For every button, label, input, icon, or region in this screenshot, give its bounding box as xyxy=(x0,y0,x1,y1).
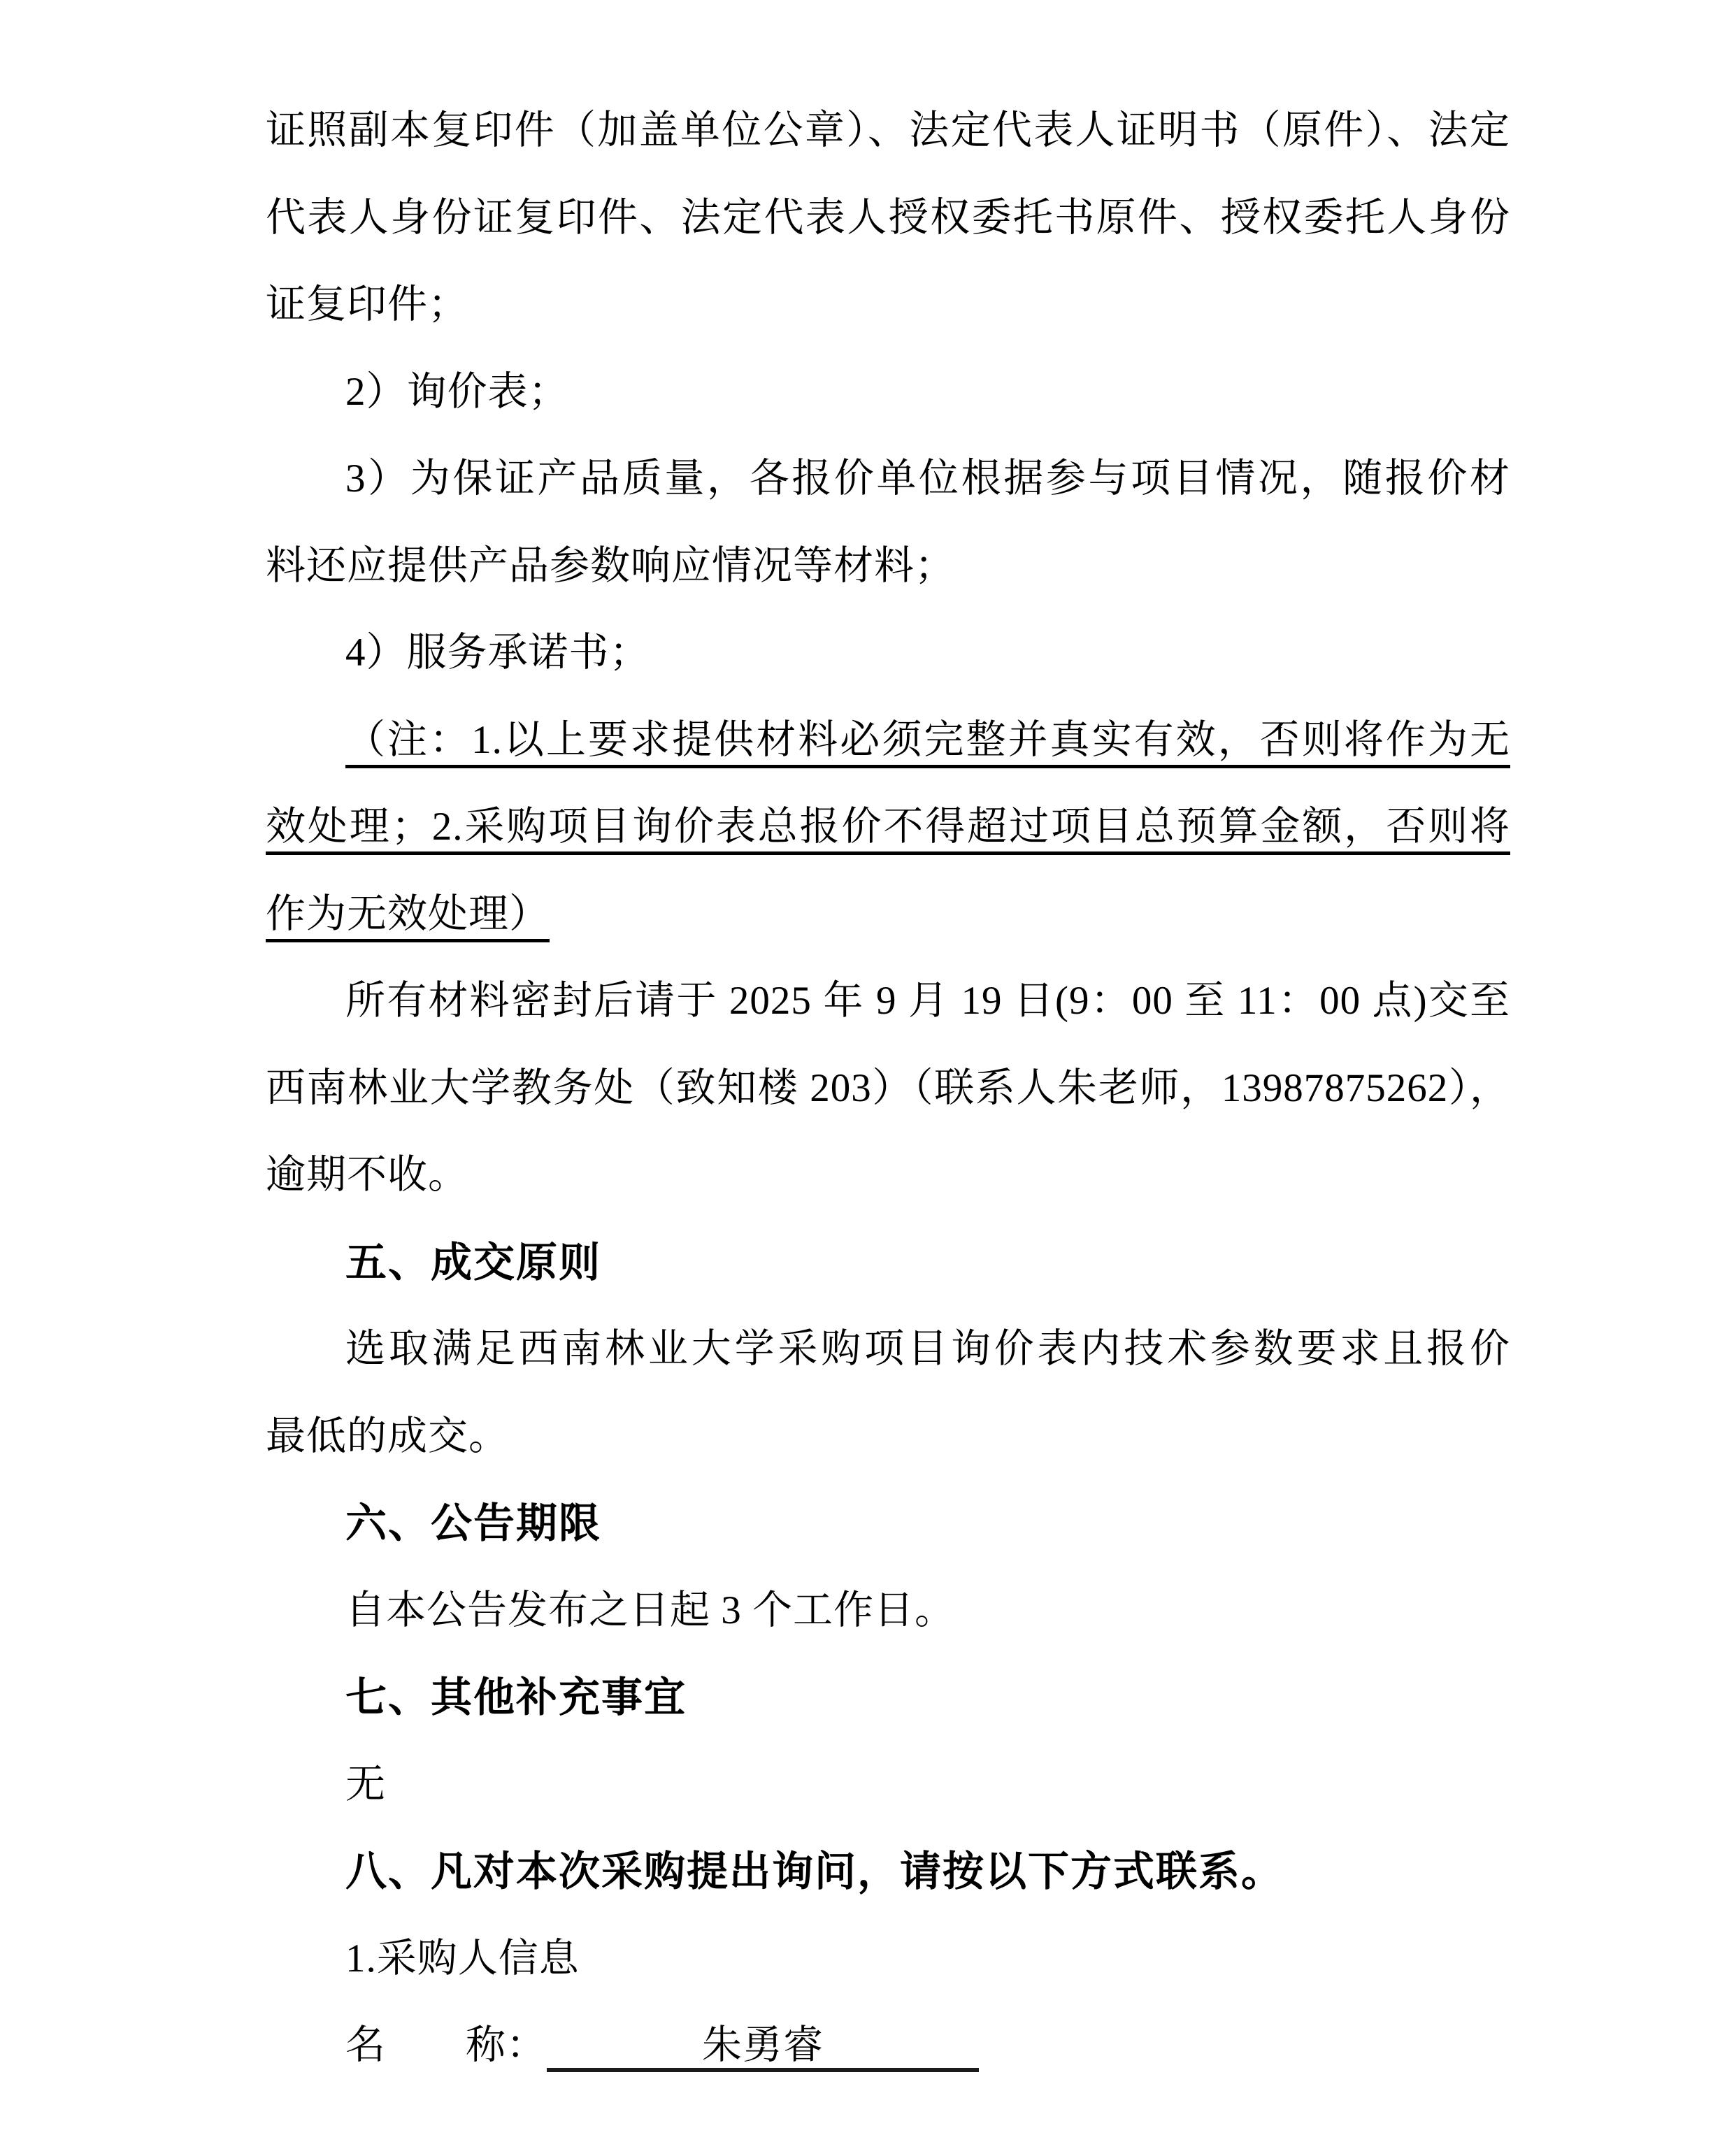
note-underline-1: （注：1.以上要求提供材料必须完整并真实有效，否则将作为无 xyxy=(345,718,1510,768)
note-line-3: 作为无效处理） xyxy=(266,892,1510,979)
document-content: 证照副本复印件（加盖单位公章）、法定代表人证明书（原件）、法定 代表人身份证复印… xyxy=(266,108,1510,2111)
heading-section-6-announcement-period: 六、公告期限 xyxy=(266,1501,1510,1588)
name-field-label-right: 称： xyxy=(466,2023,547,2067)
item-3-quality-line-1: 3）为保证产品质量，各报价单位根据参与项目情况，随报价材 xyxy=(266,457,1510,544)
heading-section-7-other-matters: 七、其他补充事宜 xyxy=(266,1675,1510,1762)
name-field-label-left: 名 xyxy=(345,2023,386,2067)
name-field-value: 朱勇睿 xyxy=(702,2023,824,2067)
note-underline-2: 效处理；2.采购项目询价表总报价不得超过项目总预算金额，否则将 xyxy=(266,805,1510,855)
item-2-inquiry-sheet: 2）询价表； xyxy=(266,370,1510,457)
para-announcement-period: 自本公告发布之日起 3 个工作日。 xyxy=(266,1588,1510,1676)
heading-section-5-award-principle: 五、成交原则 xyxy=(266,1240,1510,1328)
para-purchaser-info: 1.采购人信息 xyxy=(266,1936,1510,2024)
document-page: 证照副本复印件（加盖单位公章）、法定代表人证明书（原件）、法定 代表人身份证复印… xyxy=(0,0,1734,2156)
item-3-quality-line-2: 料还应提供产品参数响应情况等材料； xyxy=(266,544,1510,631)
para-materials-line-1: 证照副本复印件（加盖单位公章）、法定代表人证明书（原件）、法定 xyxy=(266,108,1510,196)
name-field-underline-blank: 朱勇睿 xyxy=(547,2023,979,2072)
heading-section-8-contact: 八、凡对本次采购提出询问，请按以下方式联系。 xyxy=(266,1849,1510,1936)
item-4-service-commitment: 4）服务承诺书； xyxy=(266,631,1510,718)
note-underline-3: 作为无效处理） xyxy=(266,892,550,942)
para-materials-line-2: 代表人身份证复印件、法定代表人授权委托书原件、授权委托人身份 xyxy=(266,196,1510,283)
name-field-line: 名称：朱勇睿 xyxy=(266,2023,1510,2111)
note-line-2: 效处理；2.采购项目询价表总报价不得超过项目总预算金额，否则将 xyxy=(266,805,1510,892)
note-line-1: （注：1.以上要求提供材料必须完整并真实有效，否则将作为无 xyxy=(266,718,1510,805)
para-materials-line-3: 证复印件； xyxy=(266,282,1510,370)
para-submission-line-3: 逾期不收。 xyxy=(266,1153,1510,1240)
para-submission-line-2: 西南林业大学教务处（致知楼 203）（联系人朱老师，13987875262）， xyxy=(266,1066,1510,1154)
para-submission-line-1: 所有材料密封后请于 2025 年 9 月 19 日(9：00 至 11：00 点… xyxy=(266,979,1510,1066)
para-none: 无 xyxy=(266,1762,1510,1850)
para-award-line-2: 最低的成交。 xyxy=(266,1414,1510,1502)
para-award-line-1: 选取满足西南林业大学采购项目询价表内技术参数要求且报价 xyxy=(266,1327,1510,1414)
